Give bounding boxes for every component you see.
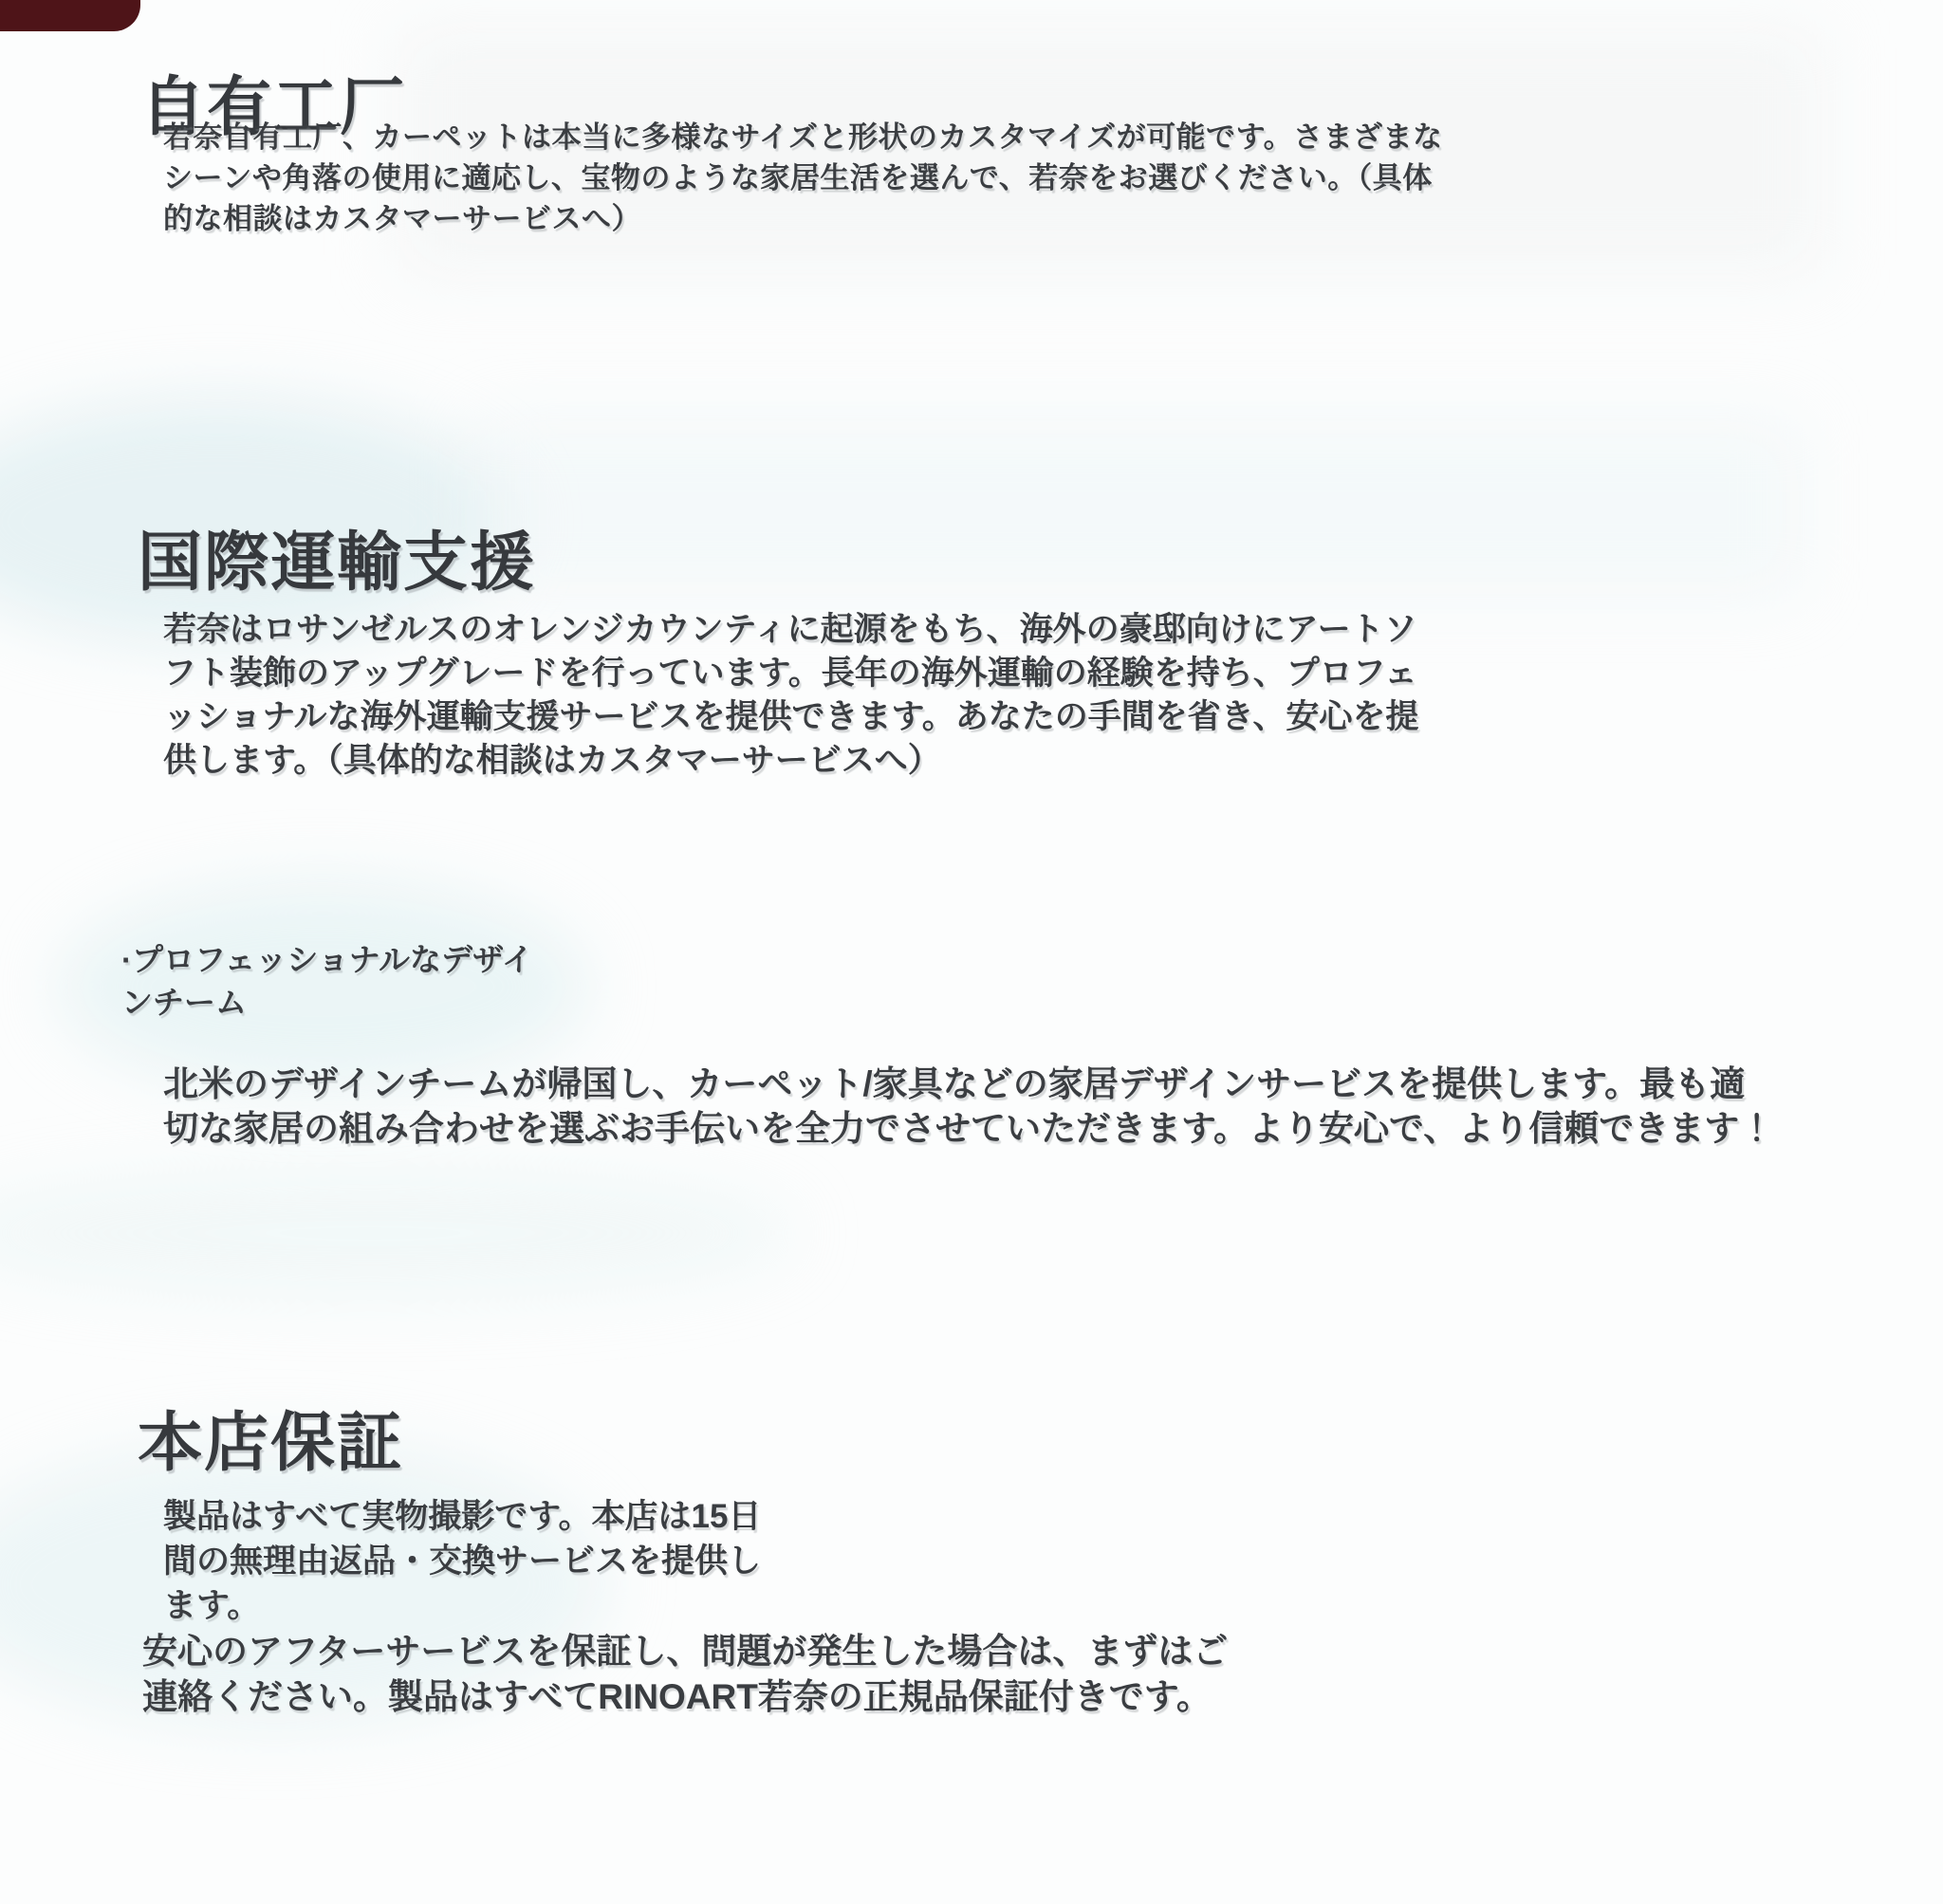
- store-guarantee-heading: 本店保証: [138, 1406, 403, 1480]
- international-shipping-heading: 国際運輸支援: [138, 526, 536, 600]
- background-tint: [0, 1167, 797, 1300]
- previous-banner-edge: [0, 0, 140, 31]
- store-guarantee-after-service: 安心のアフターサービスを保証し、問題が発生した場合は、まずはご 連絡ください。製…: [142, 1629, 1490, 1720]
- own-factory-description: 若奈自有工厂、カーペットは本当に多様なサイズと形状のカスタマイズが可能です。さま…: [163, 117, 1510, 239]
- store-guarantee-return-policy: 製品はすべて実物撮影です。本店は15日 間の無理由返品・交換サービスを提供し ま…: [163, 1494, 1093, 1628]
- design-team-subheading: ·プロフェッショナルなデザイ ンチーム: [121, 938, 533, 1024]
- design-team-description: 北米のデザインチームが帰国し、カーペット/家具などの家居デザインサービスを提供し…: [163, 1062, 1928, 1151]
- product-description-page: 自有工厂 若奈自有工厂、カーペットは本当に多様なサイズと形状のカスタマイズが可能…: [0, 0, 1943, 1904]
- international-shipping-description: 若奈はロサンゼルスのオレンジカウンティに起源をもち、海外の豪邸向けにアートソ フ…: [163, 608, 1529, 783]
- background-tint: [474, 417, 1803, 598]
